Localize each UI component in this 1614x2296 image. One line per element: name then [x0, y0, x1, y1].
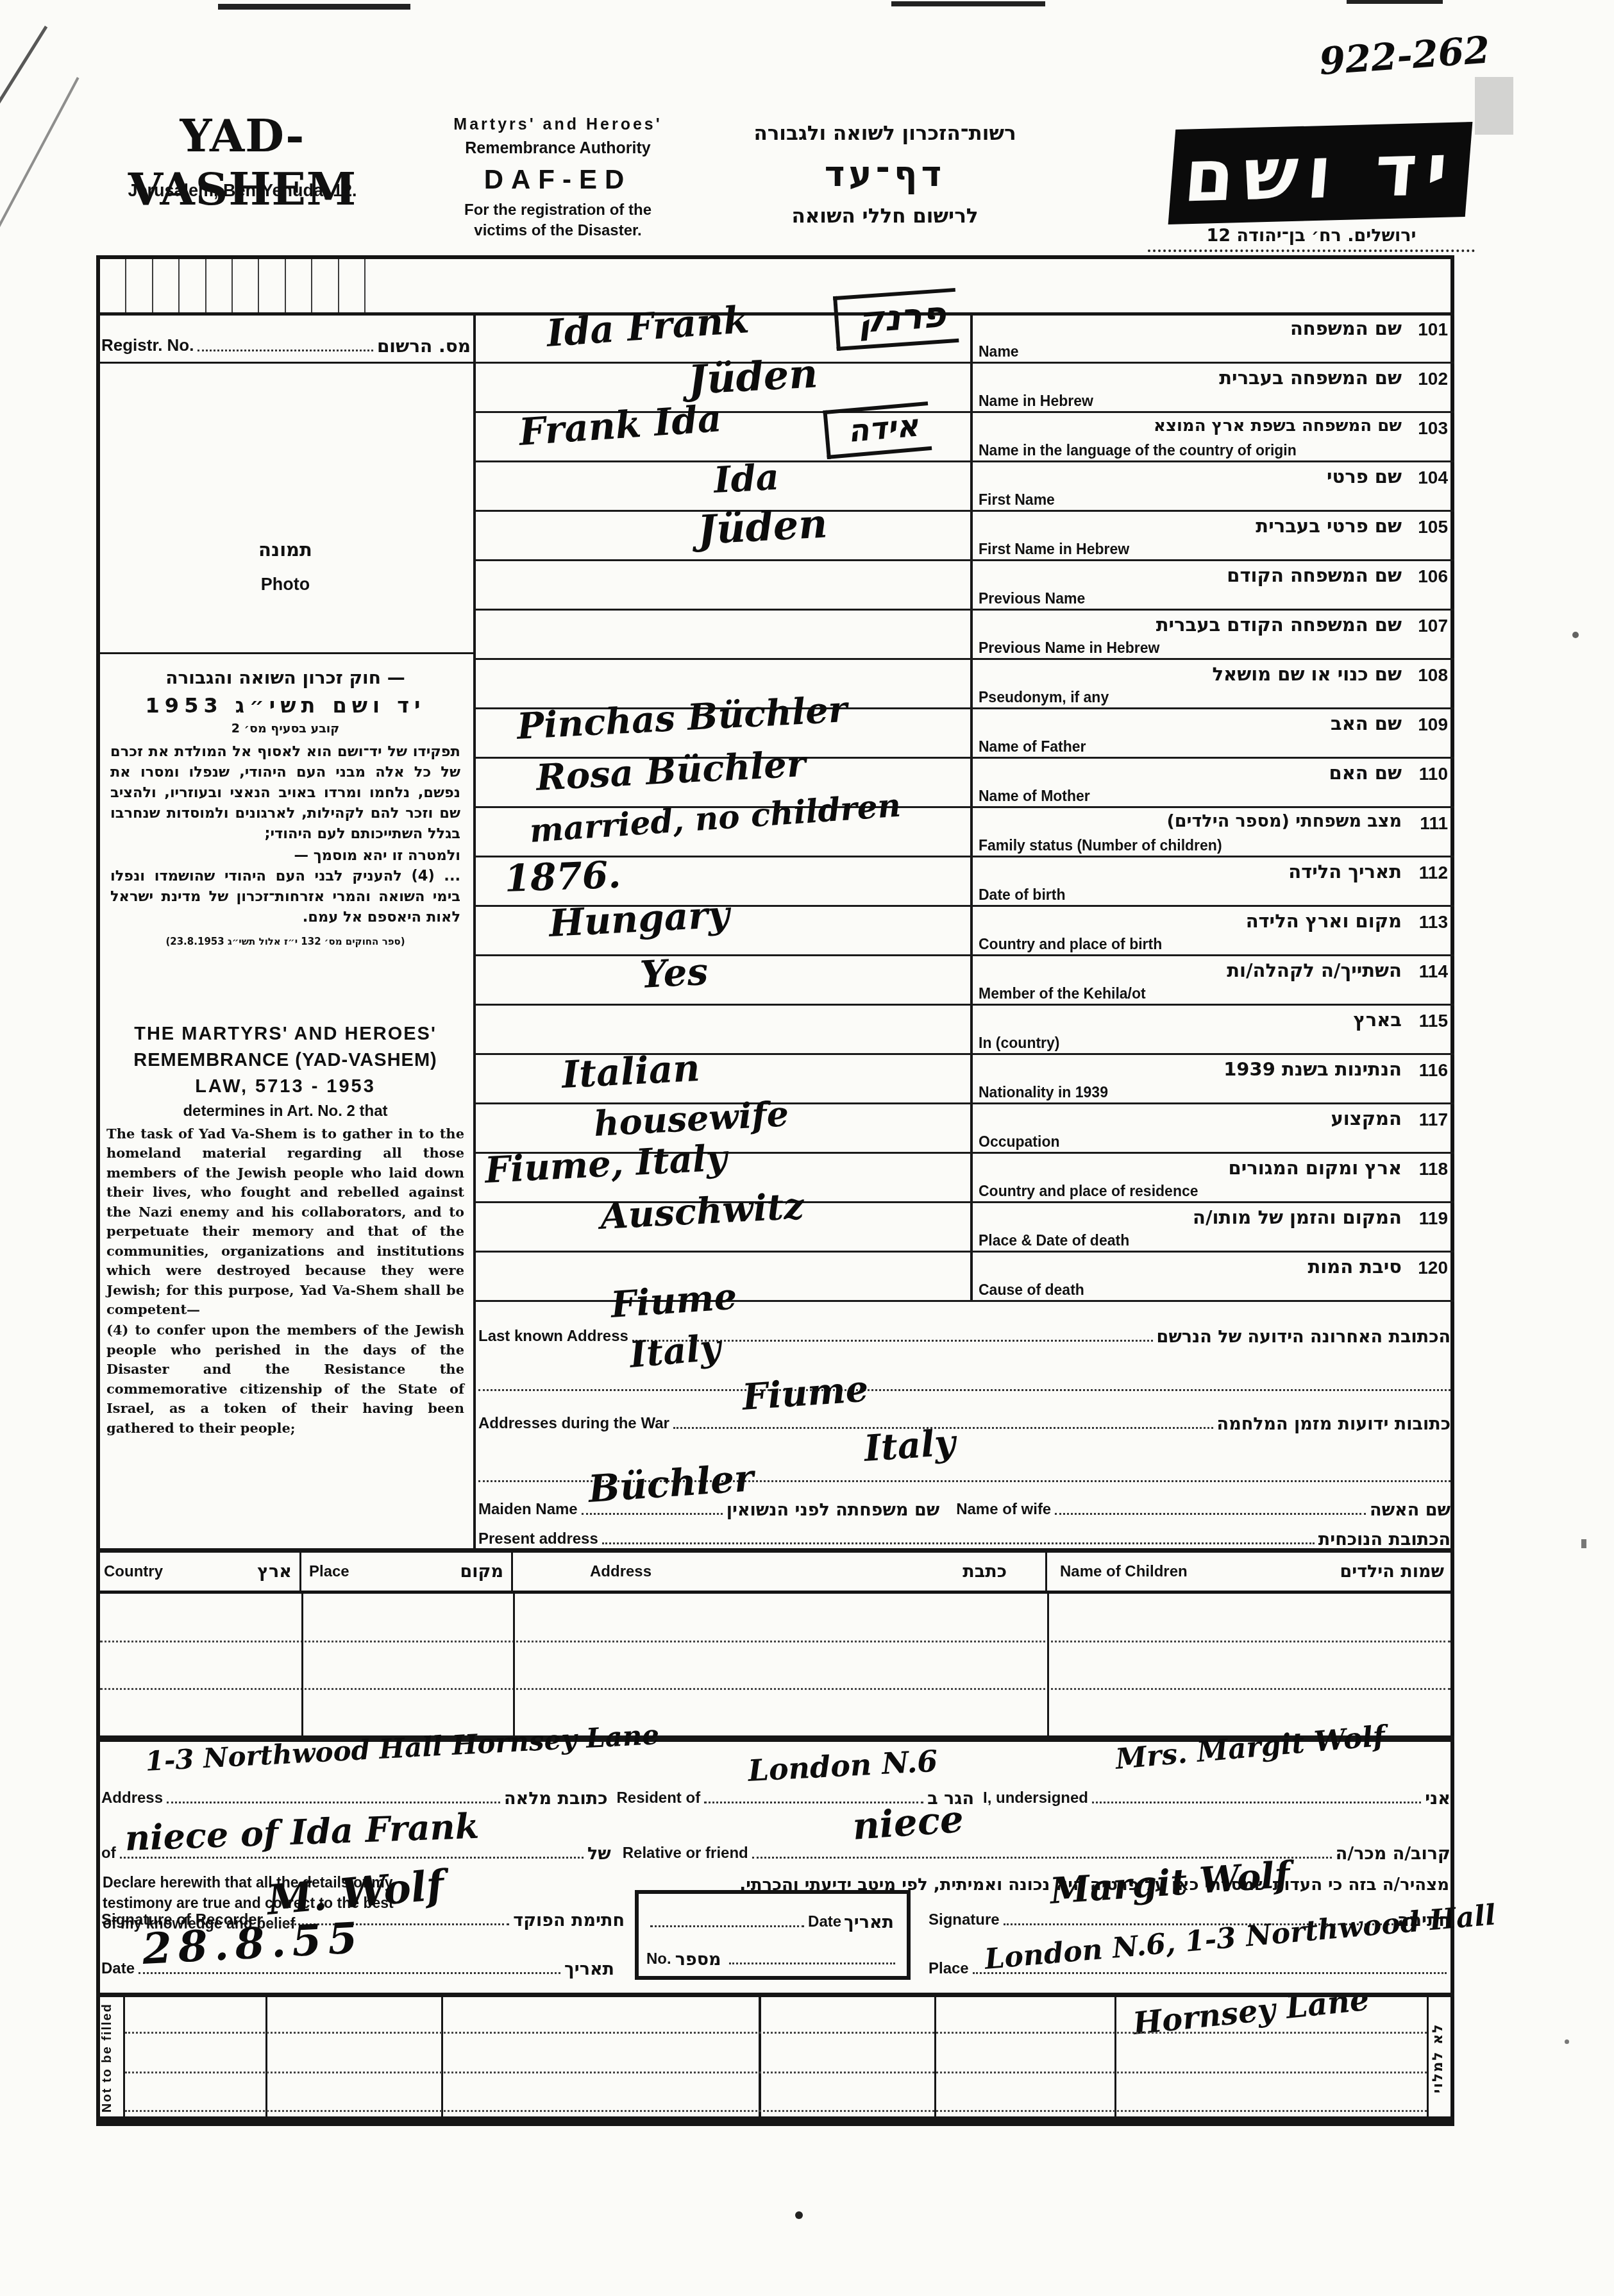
field-number: 102 [1418, 369, 1448, 389]
registr-label-en: Registr. No. [101, 335, 194, 358]
field-label-en: Name in the language of the country of o… [979, 442, 1297, 459]
field-label-en: Member of the Kehila/ot [979, 985, 1146, 1002]
table-row-line [125, 2032, 1427, 2034]
office-box-number-row: No. מספר [639, 1934, 907, 1971]
hw-text: 1876. [504, 853, 622, 900]
divider [759, 1997, 761, 2119]
field-label-he: שם המשפחה בעברית [1219, 367, 1402, 389]
war-address-value-1: Fiume [741, 1367, 870, 1419]
field-label-en: Place & Date of death [979, 1232, 1129, 1249]
children-table-header: Country ארץ Place מקום Address כתבת Name… [96, 1553, 1454, 1594]
recorder-signature-label-he: חתימת הפוקד [513, 1911, 625, 1932]
org-address: Jerusalem, Ben-Yehuda, 12. [76, 181, 409, 201]
field-label-en: Name in Hebrew [979, 393, 1093, 410]
divider [96, 2116, 1454, 2125]
office-date-label-en: Date [808, 1913, 841, 1934]
field-label-he: תאריך הלידה [1288, 861, 1402, 882]
divider [265, 1997, 267, 2119]
form-code-en: DAF-ED [423, 164, 693, 195]
scan-noise [1347, 0, 1443, 4]
col-children-he: שמות הילדים [1340, 1562, 1444, 1582]
yad-vashem-logo: יד ושם [1168, 122, 1473, 224]
field-number: 114 [1419, 961, 1448, 982]
field-label-he: המקום והזמן של מותו/ה [1193, 1206, 1402, 1228]
field-103-annotation-he: אידה [823, 401, 932, 459]
hw-text: פרנק [857, 294, 947, 341]
scan-noise [0, 77, 80, 265]
field-label-he: שם פרטי בעברית [1256, 515, 1402, 537]
field-112-value: 1876. [504, 853, 622, 900]
col-country-en: Country [104, 1563, 163, 1581]
field-label-he: שם פרטי [1327, 466, 1402, 487]
field-number: 110 [1419, 764, 1448, 784]
hw-text: Jüden [696, 500, 828, 553]
photo-box: תמונה Photo [100, 539, 471, 595]
not-to-be-filled-label-he: לא למלוי [1430, 2001, 1446, 2115]
law-text-hebrew: — חוק זכרון השואה והגבורה יד ושם תשי״ג 1… [110, 667, 460, 947]
office-date-label-he: תאריך [844, 1912, 894, 1934]
field-label-en: First Name in Hebrew [979, 541, 1129, 558]
col-address-he: כתבת [963, 1562, 1007, 1582]
field-label-en: Nationality in 1939 [979, 1084, 1108, 1101]
law-text-english: THE MARTYRS' AND HEROES' REMEMBRANCE (YA… [106, 1024, 464, 1438]
column-header-children: Name of Children שמות הילדים [1047, 1553, 1454, 1591]
field-label-he: השתייך/ה לקהלה/ות [1227, 959, 1402, 981]
logo-hebrew-text: יד ושם [1181, 128, 1459, 218]
divider [1047, 1594, 1049, 1735]
office-box-date-row: Date תאריך [639, 1894, 907, 1934]
scan-noise [1565, 2039, 1569, 2044]
field-label-he: שם כנוי או שם מושאל [1213, 663, 1402, 685]
law-he-title2: יד ושם תשי״ג 1953 [110, 693, 460, 718]
law-en-title3: LAW, 5713 - 1953 [106, 1076, 464, 1097]
law-en-body: The task of Yad Va-Shem is to gather in … [106, 1124, 464, 1319]
declaration-statement-he: מצהיר/ה בזה כי העדות שמסרתי כאן על פרטיה… [487, 1875, 1449, 1895]
hw-text: Fiume [609, 1275, 738, 1326]
field-101-annotation-he: פרנק [833, 288, 959, 351]
number-cell [286, 259, 312, 312]
hw-text: Italy [628, 1326, 722, 1376]
number-cell [180, 259, 206, 312]
form-code-he: דף־עד [699, 154, 1071, 194]
file-number-text: 922-262 [1318, 28, 1491, 83]
field-label-en: Name of Father [979, 738, 1086, 755]
logo-address: ירושלים. רח׳ בן־יהודה 12 [1148, 226, 1475, 252]
field-label-he: מקום וארץ הלידה [1246, 910, 1402, 932]
law-he-body2: ולמטרה זו יהא מוסמך — [110, 847, 460, 864]
date-label-he: תאריך [564, 1959, 614, 1980]
divider [1427, 1997, 1429, 2119]
scan-noise [891, 1, 1045, 6]
vert-text: Not to be filled [100, 2004, 114, 2113]
field-number: 109 [1418, 714, 1448, 735]
org-address-text: Jerusalem, Ben-Yehuda, 12. [128, 181, 357, 200]
dotted-leader [973, 1971, 1447, 1974]
number-cell [153, 259, 180, 312]
present-address-row: Present address הכתובת הנוכחית [478, 1524, 1450, 1551]
office-date-number-box: Date תאריך No. מספר [635, 1890, 911, 1980]
field-label-he: המקצוע [1331, 1108, 1402, 1129]
law-he-title1: — חוק זכרון השואה והגבורה [110, 667, 460, 688]
divider [96, 1993, 1454, 1997]
law-he-reference: (ספר החוקים מס׳ 132 י״ז אלול תשי״ג 23.8.… [110, 936, 460, 947]
divider [441, 1997, 443, 2119]
field-label-en: Cause of death [979, 1281, 1084, 1299]
last-known-address-label-en: Last known Address [478, 1328, 628, 1348]
wife-name-label-he: שם האשה [1370, 1500, 1450, 1521]
number-cell [259, 259, 285, 312]
law-he-body: תפקידו של יד־ושם הוא לאסוף אל המולדת את … [110, 742, 460, 845]
scan-noise [1581, 1539, 1586, 1548]
field-number: 111 [1420, 813, 1448, 834]
col-address-en: Address [590, 1563, 651, 1581]
field-label-en: Previous Name [979, 590, 1085, 607]
field-row-106: 106שם המשפחה הקודםPrevious Name [475, 561, 1454, 611]
field-row-105: 105שם פרטי בעבריתFirst Name in Hebrew [475, 512, 1454, 561]
hw-text: אידה [846, 408, 920, 450]
dotted-leader [729, 1961, 895, 1964]
table-row-line [125, 2110, 1427, 2112]
dotted-leader [582, 1512, 723, 1515]
logo-address-text: ירושלים. רח׳ בן־יהודה 12 [1207, 226, 1416, 246]
divider [301, 1594, 303, 1735]
field-label-en: Date of birth [979, 886, 1065, 904]
field-number: 105 [1418, 517, 1448, 537]
divider [513, 1594, 515, 1735]
dotted-leader [167, 1800, 500, 1803]
field-114-value: Yes [639, 950, 709, 997]
war-address-row: Addresses during the War כתובות ידועות מ… [478, 1393, 1450, 1435]
hw-text: Jüden [687, 350, 819, 403]
date-label: Date [101, 1960, 135, 1980]
divider [123, 1997, 125, 2119]
hw-text: niece [851, 1797, 965, 1848]
field-number: 103 [1418, 418, 1448, 439]
divider [96, 1548, 1454, 1553]
field-row-115: 115בארץIn (country) [475, 1006, 1454, 1055]
field-105-value: Jüden [696, 500, 828, 553]
purpose-line1: For the registration of the [423, 201, 693, 219]
undersigned-label: I, undersigned [983, 1789, 1088, 1810]
field-label-en: Occupation [979, 1133, 1060, 1151]
column-header-country: Country ארץ [96, 1553, 301, 1591]
field-label-he: מצב משפחתי (מספר הילדים) [1166, 811, 1402, 831]
dotted-leader [1092, 1800, 1421, 1803]
scan-noise [218, 4, 410, 10]
col-country-he: ארץ [257, 1562, 292, 1582]
field-label-en: Name of Mother [979, 788, 1090, 805]
scan-noise [1475, 77, 1513, 135]
field-label-en: Pseudonym, if any [979, 689, 1109, 706]
relative-or-friend-label: Relative or friend [623, 1844, 748, 1865]
office-no-label-en: No. [646, 1950, 671, 1971]
field-label-en: Family status (Number of children) [979, 837, 1222, 854]
undersigned-label-he: אני [1425, 1789, 1450, 1810]
of-label-he: של [587, 1844, 611, 1865]
address-label-en: Address [101, 1789, 163, 1810]
field-label-he: שם המשפחה בשפת ארץ המוצא [1154, 416, 1402, 435]
hw-text: Yes [639, 950, 709, 997]
maiden-name-label-en: Maiden Name [478, 1501, 578, 1521]
daf-ed-testimony-page: YAD-VASHEM Jerusalem, Ben-Yehuda, 12. Ma… [0, 0, 1614, 2296]
war-address-value-2: Italy [862, 1421, 956, 1470]
relative-or-friend-label-he: קרוב/ה מכר/ה [1336, 1844, 1450, 1865]
column-header-address: Address כתבת [513, 1553, 1047, 1591]
field-number: 104 [1418, 468, 1448, 488]
authority-line1: Martyrs' and Heroes' [423, 115, 693, 134]
last-known-address-value-1: Fiume [609, 1275, 738, 1326]
last-known-address-label-he: הכתובת האחרונה הידועה של הנרשם [1157, 1327, 1450, 1348]
of-label: of [101, 1844, 116, 1865]
office-no-label-he: מספר [675, 1950, 721, 1971]
photo-label-he: תמונה [100, 539, 471, 561]
field-number: 116 [1419, 1060, 1448, 1081]
war-address-label-en: Addresses during the War [478, 1415, 669, 1435]
field-label-en: Previous Name in Hebrew [979, 639, 1160, 657]
maiden-name-label-he: שם משפחתה לפני הנשואין [727, 1500, 939, 1521]
place-label: Place [929, 1960, 969, 1980]
field-row-114: 114השתייך/ה לקהלה/ותMember of the Kehila… [475, 956, 1454, 1006]
field-number: 108 [1418, 665, 1448, 686]
photo-label-en: Photo [100, 575, 471, 595]
field-label-he: שם המשפחה הקודם [1227, 564, 1402, 586]
field-102-value: Jüden [687, 350, 819, 403]
field-number: 119 [1419, 1208, 1448, 1229]
field-number: 118 [1419, 1159, 1448, 1179]
registr-label-he: מס. הרשום [377, 335, 471, 358]
scan-noise [0, 26, 47, 256]
resident-of-label: Resident of [616, 1789, 700, 1810]
authority-block-en: Martyrs' and Heroes' Remembrance Authori… [423, 115, 693, 240]
law-en-clause: (4) to confer upon the members of the Je… [106, 1321, 464, 1438]
field-number: 106 [1418, 566, 1448, 587]
field-label-he: שם האב [1331, 713, 1402, 734]
field-label-he: ארץ ומקום המגורים [1229, 1157, 1402, 1179]
field-label-en: First Name [979, 491, 1055, 509]
registr-row: Registr. No. מס. הרשום [101, 318, 471, 358]
field-number: 120 [1418, 1258, 1448, 1278]
field-number: 113 [1419, 912, 1448, 933]
war-address-label-he: כתובות ידועות מזמן המלחמה [1217, 1414, 1450, 1435]
not-to-be-filled-label-en: Not to be filled [100, 2001, 115, 2115]
dotted-leader [602, 1541, 1315, 1544]
field-number: 115 [1419, 1011, 1448, 1031]
last-known-address-value-2: Italy [628, 1326, 722, 1376]
field-row-104: 104שם פרטיFirst Name [475, 462, 1454, 512]
hw-text: Italian [560, 1046, 701, 1097]
field-label-en: Country and place of birth [979, 936, 1162, 953]
dotted-leader [650, 1924, 804, 1927]
law-en-subtitle: determines in Art. No. 2 that [106, 1102, 464, 1120]
dotted-line [478, 1389, 1450, 1391]
field-label-he: שם המשפחה [1290, 317, 1402, 339]
number-cell [339, 259, 366, 312]
field-116-value: Italian [560, 1046, 701, 1097]
divider [96, 652, 475, 654]
vert-text: לא למלוי [1430, 2023, 1446, 2093]
purpose-he: לרישום חללי השואה [699, 205, 1071, 228]
col-children-en: Name of Children [1060, 1563, 1188, 1581]
number-cell [206, 259, 233, 312]
number-cell [312, 259, 339, 312]
authority-line2: Remembrance Authority [423, 139, 693, 158]
field-104-value: Ida [713, 456, 780, 502]
hw-text: Italy [862, 1421, 956, 1470]
law-en-title2: REMEMBRANCE (YAD-VASHEM) [106, 1050, 464, 1071]
signature-label: Signature [929, 1911, 1000, 1932]
number-cell [126, 259, 153, 312]
law-en-title1: THE MARTYRS' AND HEROES' [106, 1024, 464, 1045]
law-he-subtitle: קובע בסעיף מס׳ 2 [110, 722, 460, 736]
dotted-leader [198, 348, 373, 351]
relative-or-friend-value: niece [851, 1797, 965, 1848]
divider [934, 1997, 936, 2119]
field-label-he: הנתינות בשנת 1939 [1223, 1058, 1402, 1080]
field-label-he: שם המשפחה הקודם בעברית [1156, 614, 1402, 636]
hw-text: Ida [713, 456, 780, 502]
field-number: 101 [1418, 319, 1448, 340]
field-row-107: 107שם המשפחה הקודם בעבריתPrevious Name i… [475, 611, 1454, 660]
dotted-leader [139, 1971, 560, 1974]
scan-noise [795, 2211, 803, 2219]
field-label-he: בארץ [1354, 1009, 1402, 1031]
purpose-line2: victims of the Disaster. [423, 222, 693, 240]
divider [1114, 1997, 1116, 2119]
col-place-en: Place [309, 1563, 349, 1581]
law-he-clause: ... (4) להעניק לבני העם היהודי שהושמדו ו… [110, 866, 460, 928]
field-number: 112 [1419, 863, 1448, 883]
field-label-he: שם האם [1329, 762, 1402, 784]
table-row-line [125, 2072, 1427, 2073]
hw-text: Fiume [741, 1367, 870, 1419]
col-place-he: מקום [460, 1562, 504, 1582]
wife-name-label-en: Name of wife [956, 1501, 1051, 1521]
field-number: 107 [1418, 616, 1448, 636]
registration-number-boxes [100, 259, 366, 312]
divider [96, 362, 475, 364]
scan-noise [1572, 632, 1579, 638]
authority-he: רשות־הזכרון לשואה ולגבורה [699, 122, 1071, 145]
dotted-leader [1055, 1512, 1366, 1515]
authority-block-he: רשות־הזכרון לשואה ולגבורה דף־עד לרישום ח… [699, 122, 1071, 228]
field-label-he: סיבת המות [1307, 1256, 1402, 1278]
field-label-en: In (country) [979, 1034, 1060, 1052]
field-label-en: Country and place of residence [979, 1183, 1198, 1200]
address-label-he: כתובת מלאה [504, 1789, 607, 1810]
file-number-handwritten: 922-262 [1318, 28, 1491, 83]
field-number: 117 [1419, 1110, 1448, 1130]
field-label-en: Name [979, 343, 1019, 360]
column-header-place: Place מקום [301, 1553, 513, 1591]
number-cell [100, 259, 126, 312]
number-cell [233, 259, 259, 312]
